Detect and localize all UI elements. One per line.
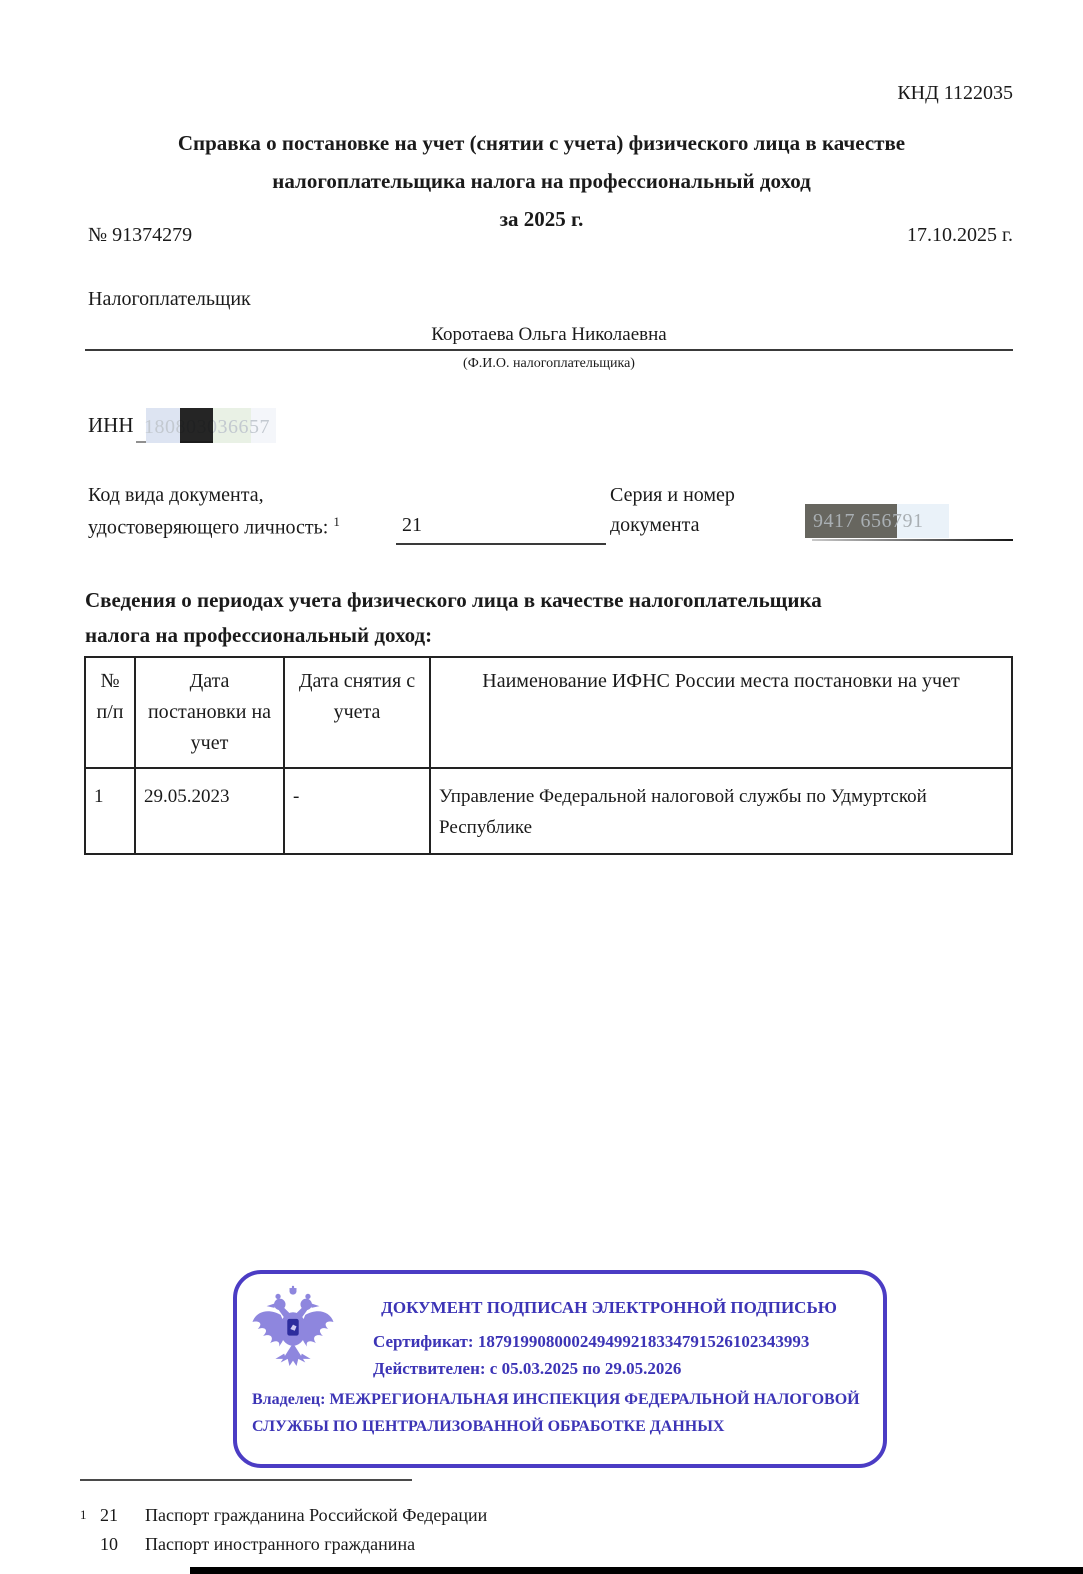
footnotes: 1 21 Паспорт гражданина Российской Федер… (80, 1503, 487, 1556)
series-underline (812, 539, 1013, 541)
document-date: 17.10.2025 г. (907, 224, 1013, 247)
series-label-line1: Серия и номер (610, 484, 735, 507)
document-number: № 91374279 (88, 224, 192, 247)
row-num: 1 (85, 768, 135, 854)
footnote-reference: 1 (333, 514, 340, 529)
series-label-line2: документа (610, 514, 699, 537)
table-row: 1 29.05.2023 - Управление Федеральной на… (85, 768, 1012, 854)
inn-redaction-box (180, 408, 213, 443)
inn-field: 180803036657 (136, 408, 276, 443)
stamp-owner: Владелец: МЕЖРЕГИОНАЛЬНАЯ ИНСПЕКЦИЯ ФЕДЕ… (252, 1386, 862, 1440)
taxpayer-name-caption: (Ф.И.О. налогоплательщика) (85, 356, 1013, 372)
table-header-num: № п/п (85, 657, 135, 768)
footnote-separator (80, 1479, 412, 1481)
document-title-line2: налогоплательщика налога на профессионал… (0, 162, 1083, 200)
table-header-removal-date: Дата снятия с учета (284, 657, 430, 768)
footnote-marker: 1 (80, 1507, 87, 1522)
footnote-item: 10 Паспорт иностранного гражданина (80, 1532, 487, 1556)
taxpayer-name: Коротаева Ольга Николаевна (431, 324, 666, 345)
footnote-code: 21 (100, 1503, 145, 1532)
document-title-line1: Справка о постановке на учет (снятии с у… (0, 124, 1083, 162)
footnote-text: Паспорт иностранного гражданина (145, 1532, 415, 1556)
footnote-item: 1 21 Паспорт гражданина Российской Федер… (80, 1503, 487, 1532)
section-heading: Сведения о периодах учета физического ли… (85, 583, 1020, 653)
stamp-validity: Действителен: с 05.03.2025 по 29.05.2026 (373, 1359, 681, 1379)
doc-code-label-line2: удостоверяющего личность: 1 (88, 514, 340, 540)
bottom-redaction-bar (190, 1567, 1083, 1574)
document-page: КНД 1122035 Справка о постановке на учет… (0, 0, 1083, 1574)
taxpayer-name-field: Коротаева Ольга Николаевна (85, 318, 1013, 351)
row-ifns-name: Управление Федеральной налоговой службы … (430, 768, 1012, 854)
electronic-signature-stamp: ДОКУМЕНТ ПОДПИСАН ЭЛЕКТРОННОЙ ПОДПИСЬЮ С… (233, 1270, 887, 1468)
row-registration-date: 29.05.2023 (135, 768, 284, 854)
section-heading-line1: Сведения о периодах учета физического ли… (85, 583, 1020, 618)
stamp-title: ДОКУМЕНТ ПОДПИСАН ЭЛЕКТРОННОЙ ПОДПИСЬЮ (349, 1298, 869, 1318)
doc-code-value: 21 (402, 514, 422, 537)
section-heading-line2: налога на профессиональный доход: (85, 618, 1020, 653)
inn-label: ИНН (88, 413, 134, 438)
series-number-value: 9417 656791 (813, 510, 924, 533)
footnote-text: Паспорт гражданина Российской Федерации (145, 1503, 487, 1532)
table-header-ifns-name: Наименование ИФНС России места постановк… (430, 657, 1012, 768)
table-header-registration-date: Дата постановки на учет (135, 657, 284, 768)
knd-code: КНД 1122035 (897, 82, 1013, 105)
series-number-field: 9417 656791 (805, 504, 1013, 541)
doc-code-label-line1: Код вида документа, (88, 484, 264, 507)
row-removal-date: - (284, 768, 430, 854)
footnote-code: 10 (100, 1532, 145, 1556)
double-headed-eagle-icon (249, 1284, 337, 1374)
registration-periods-table: № п/п Дата постановки на учет Дата сняти… (84, 656, 1013, 855)
doc-code-underline (396, 543, 606, 545)
taxpayer-label: Налогоплательщик (88, 288, 251, 311)
stamp-certificate: Сертификат: 1879199080002494992183347915… (373, 1332, 809, 1352)
document-title: Справка о постановке на учет (снятии с у… (0, 124, 1083, 238)
table-header-row: № п/п Дата постановки на учет Дата сняти… (85, 657, 1012, 768)
